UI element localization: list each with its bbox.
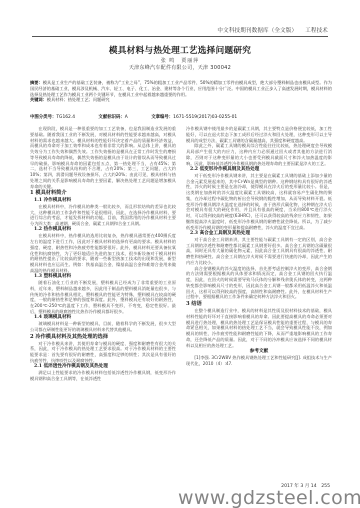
- right-column: 冷作模具钢中使用最多的是碳素工具钢，其主要特点是价格便宜较低，加工性能好，可以在…: [186, 126, 332, 367]
- keywords-label: 关键词：: [30, 97, 47, 102]
- clc-value: TG162.4: [56, 115, 75, 120]
- intro-paragraph: 在现阶段，模具是一种很重要的加工工艺装备，也是我国制造业发展的重要基础。随着我国…: [30, 126, 176, 189]
- header-text: 中文科技期刊数据库（全文版） 工程技术: [211, 26, 328, 34]
- section-1-3-text: 随着石油化工行业的不断发展，塑料模具已经成为了非常重要的工业原料，近年来，塑料制…: [30, 280, 176, 315]
- article-title: 模具材料与热处理工艺选择问题研究: [0, 44, 360, 56]
- section-1-4-text: 玻璃模具材料是一种新型的模具，目前，随着科学的不断发展，很多大型公司都在研制性能…: [30, 321, 176, 333]
- section-2-text: 对于冷作模具来讲，其使用寿命与模具的硬度、强度和耐磨性有很大的关系，因此，对于冷…: [30, 341, 176, 364]
- running-header: 中文科技期刊数据库（全文版） 工程技术: [32, 26, 328, 37]
- clc-field: 中图分类号：TG162.4: [30, 114, 75, 120]
- section-2-2-text: 对于低变形冷作模具钢来讲，其主要是在碳素工具钢的基础上添加少量的合金元素发展起来…: [186, 173, 332, 231]
- reference-item: [1]李强. 3Cr2W8V 热作模具钢热处理工艺和性能研究[J]. 成组技术与…: [186, 355, 332, 367]
- classification-row: 中图分类号：TG162.4 文献标识码：A 文章编号：1671-5519(201…: [30, 114, 332, 120]
- section-1-1-text: 在模具材料中，冷作模具的种类一般比较多，而且形状结构的差异也比较大，这种模具的工…: [30, 204, 176, 227]
- section-2-3-text: 对于高合金工具钢来讲，其主要性能与碳素工具钢有一定的区别，高合金工具钢的淬透性和…: [186, 237, 332, 266]
- section-3-heading: 3 结语: [186, 301, 332, 308]
- watermark-text: www.gdzsteel.com: [178, 487, 360, 508]
- article-no-value: 1671-5519(2017)03-0255-01: [173, 115, 237, 120]
- doc-code-value: A: [125, 115, 128, 120]
- clc-label: 中图分类号：: [30, 115, 56, 120]
- abstract-paragraph: 摘要：模具是工业生产的基础工艺装备，被称为“工业之母”，75%的粗加工工业产品零…: [30, 80, 332, 97]
- article-affiliation: 天津东峰汽车配件有限公司，天津 300042: [0, 64, 360, 71]
- section-2-1-text: 满足以上性能要求的冷作模具材料包括低淬透性冷作模具钢，低变形冷作模具钢和高合金工…: [30, 370, 176, 382]
- article-authors: 张 鸣 贾丽萍: [0, 57, 360, 64]
- paper-page: 中文科技期刊数据库（全文版） 工程技术 模具材料与热处理工艺选择问题研究 张 鸣…: [0, 0, 360, 508]
- journal-name: 中文科技期刊数据库（全文版）: [217, 28, 297, 34]
- doc-code-label: 文献标识码：: [98, 115, 124, 120]
- abstract-text: 模具是工业生产的基础工艺装备，被称为“工业之母”，75%的粗加工工业产品零件、5…: [30, 80, 332, 97]
- keywords-line: 关键词：模具材料；热处理工艺；问题研究: [30, 97, 332, 103]
- left-column: 在现阶段，模具是一种很重要的加工工艺装备，也是我国制造业发展的重要基础。随着我国…: [30, 126, 176, 382]
- article-no-field: 文章编号：1671-5519(2017)03-0255-01: [151, 114, 237, 120]
- abstract-label: 摘要：: [30, 80, 43, 85]
- keywords-text: 模具材料；热处理工艺；问题研究: [47, 97, 110, 102]
- section-2-heading: 2 冷作模具材料及其热处理的选择: [30, 334, 176, 341]
- section-1-2-text: 在模具材料中，热作模具的选用比较复杂，热作模具通常要在400摄氏度左右的温度下进…: [30, 233, 176, 273]
- continued-paragraph: 冷作模具钢中使用最多的是碳素工具钢，其主要特点是价格便宜较低，加工性能好，可以在…: [186, 126, 332, 143]
- continued-paragraph-2: 除此之外，碳素工具钢的模具综合性能往往比较低，热处理硬度会导致模具局部产生很大的…: [186, 143, 332, 166]
- section-3-text: 在整个模具制造行业中，模具的材料是其性质及很材料技术的基础，模具材料性能的好坏对…: [186, 308, 332, 348]
- section-1-heading: 1 模具材料简介: [30, 190, 176, 197]
- section-2-3-text-2: 高合金钢模具的淬火温度的选择，首先要考虑控制淬火的变形，高合金钢的方法则需要根据…: [186, 266, 332, 301]
- article-no-label: 文章编号：: [151, 115, 173, 120]
- section-name: 工程技术: [305, 28, 328, 34]
- abstract-block: 摘要：模具是工业生产的基础工艺装备，被称为“工业之母”，75%的粗加工工业产品零…: [30, 80, 332, 103]
- doc-code-field: 文献标识码：A: [98, 114, 127, 120]
